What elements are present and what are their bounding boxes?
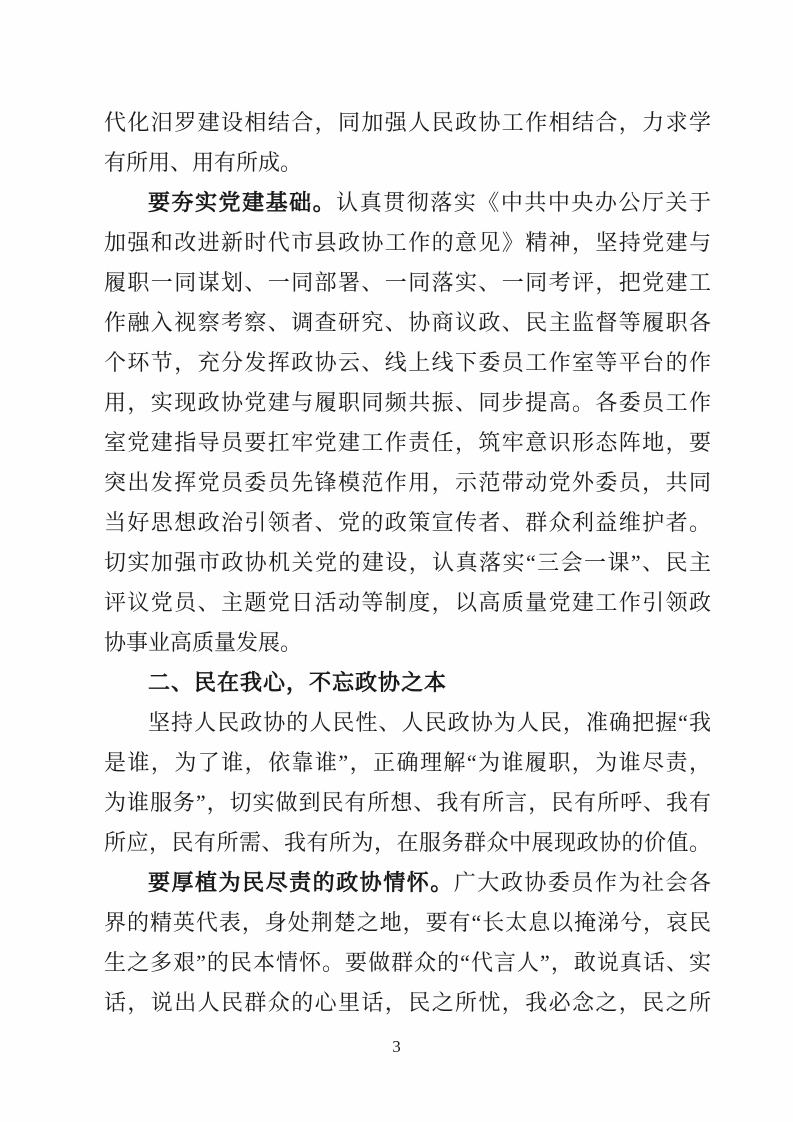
document-page: 代化汨罗建设相结合，同加强人民政协工作相结合，力求学 有所用、用有所成。 要夯实… xyxy=(0,0,793,1122)
line-text: 认真贯彻落实《中共中央办公厅关于 xyxy=(336,190,711,215)
line-text: 代化汨罗建设相结合，同加强人民政协工作相结合，力求学 xyxy=(104,110,711,135)
text-line: 加强和改进新时代市县政协工作的意见》精神，坚持党建与 xyxy=(104,223,711,263)
line-text: 切实加强市政协机关党的建设，认真落实“三会一课”、民主 xyxy=(104,550,711,575)
text-line: 有所用、用有所成。 xyxy=(104,143,711,183)
line-text: 所应，民有所需、我有所为，在服务群众中展现政协的价值。 xyxy=(104,830,711,855)
line-text: 界的精英代表，身处荆楚之地，要有“长太息以掩涕兮，哀民 xyxy=(104,910,711,935)
line-text: 坚持人民政协的人民性、人民政协为人民，准确把握“我 xyxy=(148,710,711,735)
section-heading: 二、民在我心，不忘政协之本 xyxy=(104,663,711,703)
document-text-block: 代化汨罗建设相结合，同加强人民政协工作相结合，力求学 有所用、用有所成。 要夯实… xyxy=(104,103,711,1023)
line-text: 履职一同谋划、一同部署、一同落实、一同考评，把党建工 xyxy=(104,270,711,295)
bold-lead-text: 要夯实党建基础。 xyxy=(148,190,336,215)
text-line: 个环节，充分发挥政协云、线上线下委员工作室等平台的作 xyxy=(104,343,711,383)
text-line: 评议党员、主题党日活动等制度，以高质量党建工作引领政 xyxy=(104,583,711,623)
line-text: 个环节，充分发挥政协云、线上线下委员工作室等平台的作 xyxy=(104,350,711,375)
text-line: 生之多艰”的民本情怀。要做群众的“代言人”，敢说真话、实 xyxy=(104,943,711,983)
line-text: 当好思想政治引领者、党的政策宣传者、群众利益维护者。 xyxy=(104,510,711,535)
heading-text: 二、民在我心，不忘政协之本 xyxy=(148,670,447,695)
line-text: 话，说出人民群众的心里话，民之所忧，我必念之，民之所 xyxy=(104,990,711,1015)
text-line: 切实加强市政协机关党的建设，认真落实“三会一课”、民主 xyxy=(104,543,711,583)
line-text: 广大政协委员作为社会各 xyxy=(454,870,711,895)
page-number: 3 xyxy=(0,1036,793,1058)
line-text: 有所用、用有所成。 xyxy=(104,150,302,175)
bold-lead-text: 要厚植为民尽责的政协情怀。 xyxy=(148,870,454,895)
text-line: 突出发挥党员委员先锋模范作用，示范带动党外委员，共同 xyxy=(104,463,711,503)
line-text: 室党建指导员要扛牢党建工作责任，筑牢意识形态阵地，要 xyxy=(104,430,711,455)
text-line: 界的精英代表，身处荆楚之地，要有“长太息以掩涕兮，哀民 xyxy=(104,903,711,943)
line-text: 加强和改进新时代市县政协工作的意见》精神，坚持党建与 xyxy=(104,230,711,255)
line-text: 为谁服务”，切实做到民有所想、我有所言，民有所呼、我有 xyxy=(104,790,711,815)
text-line: 协事业高质量发展。 xyxy=(104,623,711,663)
line-text: 评议党员、主题党日活动等制度，以高质量党建工作引领政 xyxy=(104,590,711,615)
text-line: 为谁服务”，切实做到民有所想、我有所言，民有所呼、我有 xyxy=(104,783,711,823)
text-line: 作融入视察考察、调查研究、协商议政、民主监督等履职各 xyxy=(104,303,711,343)
paragraph-start-line: 要厚植为民尽责的政协情怀。广大政协委员作为社会各 xyxy=(104,863,711,903)
text-line: 用，实现政协党建与履职同频共振、同步提高。各委员工作 xyxy=(104,383,711,423)
paragraph-start-line: 要夯实党建基础。认真贯彻落实《中共中央办公厅关于 xyxy=(104,183,711,223)
line-text: 作融入视察考察、调查研究、协商议政、民主监督等履职各 xyxy=(104,310,711,335)
line-text: 用，实现政协党建与履职同频共振、同步提高。各委员工作 xyxy=(104,390,711,415)
paragraph-start-line: 坚持人民政协的人民性、人民政协为人民，准确把握“我 xyxy=(104,703,711,743)
line-text: 突出发挥党员委员先锋模范作用，示范带动党外委员，共同 xyxy=(104,470,711,495)
text-line: 代化汨罗建设相结合，同加强人民政协工作相结合，力求学 xyxy=(104,103,711,143)
text-line: 话，说出人民群众的心里话，民之所忧，我必念之，民之所 xyxy=(104,983,711,1023)
text-line: 所应，民有所需、我有所为，在服务群众中展现政协的价值。 xyxy=(104,823,711,863)
line-text: 生之多艰”的民本情怀。要做群众的“代言人”，敢说真话、实 xyxy=(104,950,711,975)
line-text: 是谁，为了谁，依靠谁”，正确理解“为谁履职，为谁尽责， xyxy=(104,750,711,775)
line-text: 协事业高质量发展。 xyxy=(104,630,302,655)
text-line: 履职一同谋划、一同部署、一同落实、一同考评，把党建工 xyxy=(104,263,711,303)
text-line: 当好思想政治引领者、党的政策宣传者、群众利益维护者。 xyxy=(104,503,711,543)
text-line: 室党建指导员要扛牢党建工作责任，筑牢意识形态阵地，要 xyxy=(104,423,711,463)
text-line: 是谁，为了谁，依靠谁”，正确理解“为谁履职，为谁尽责， xyxy=(104,743,711,783)
